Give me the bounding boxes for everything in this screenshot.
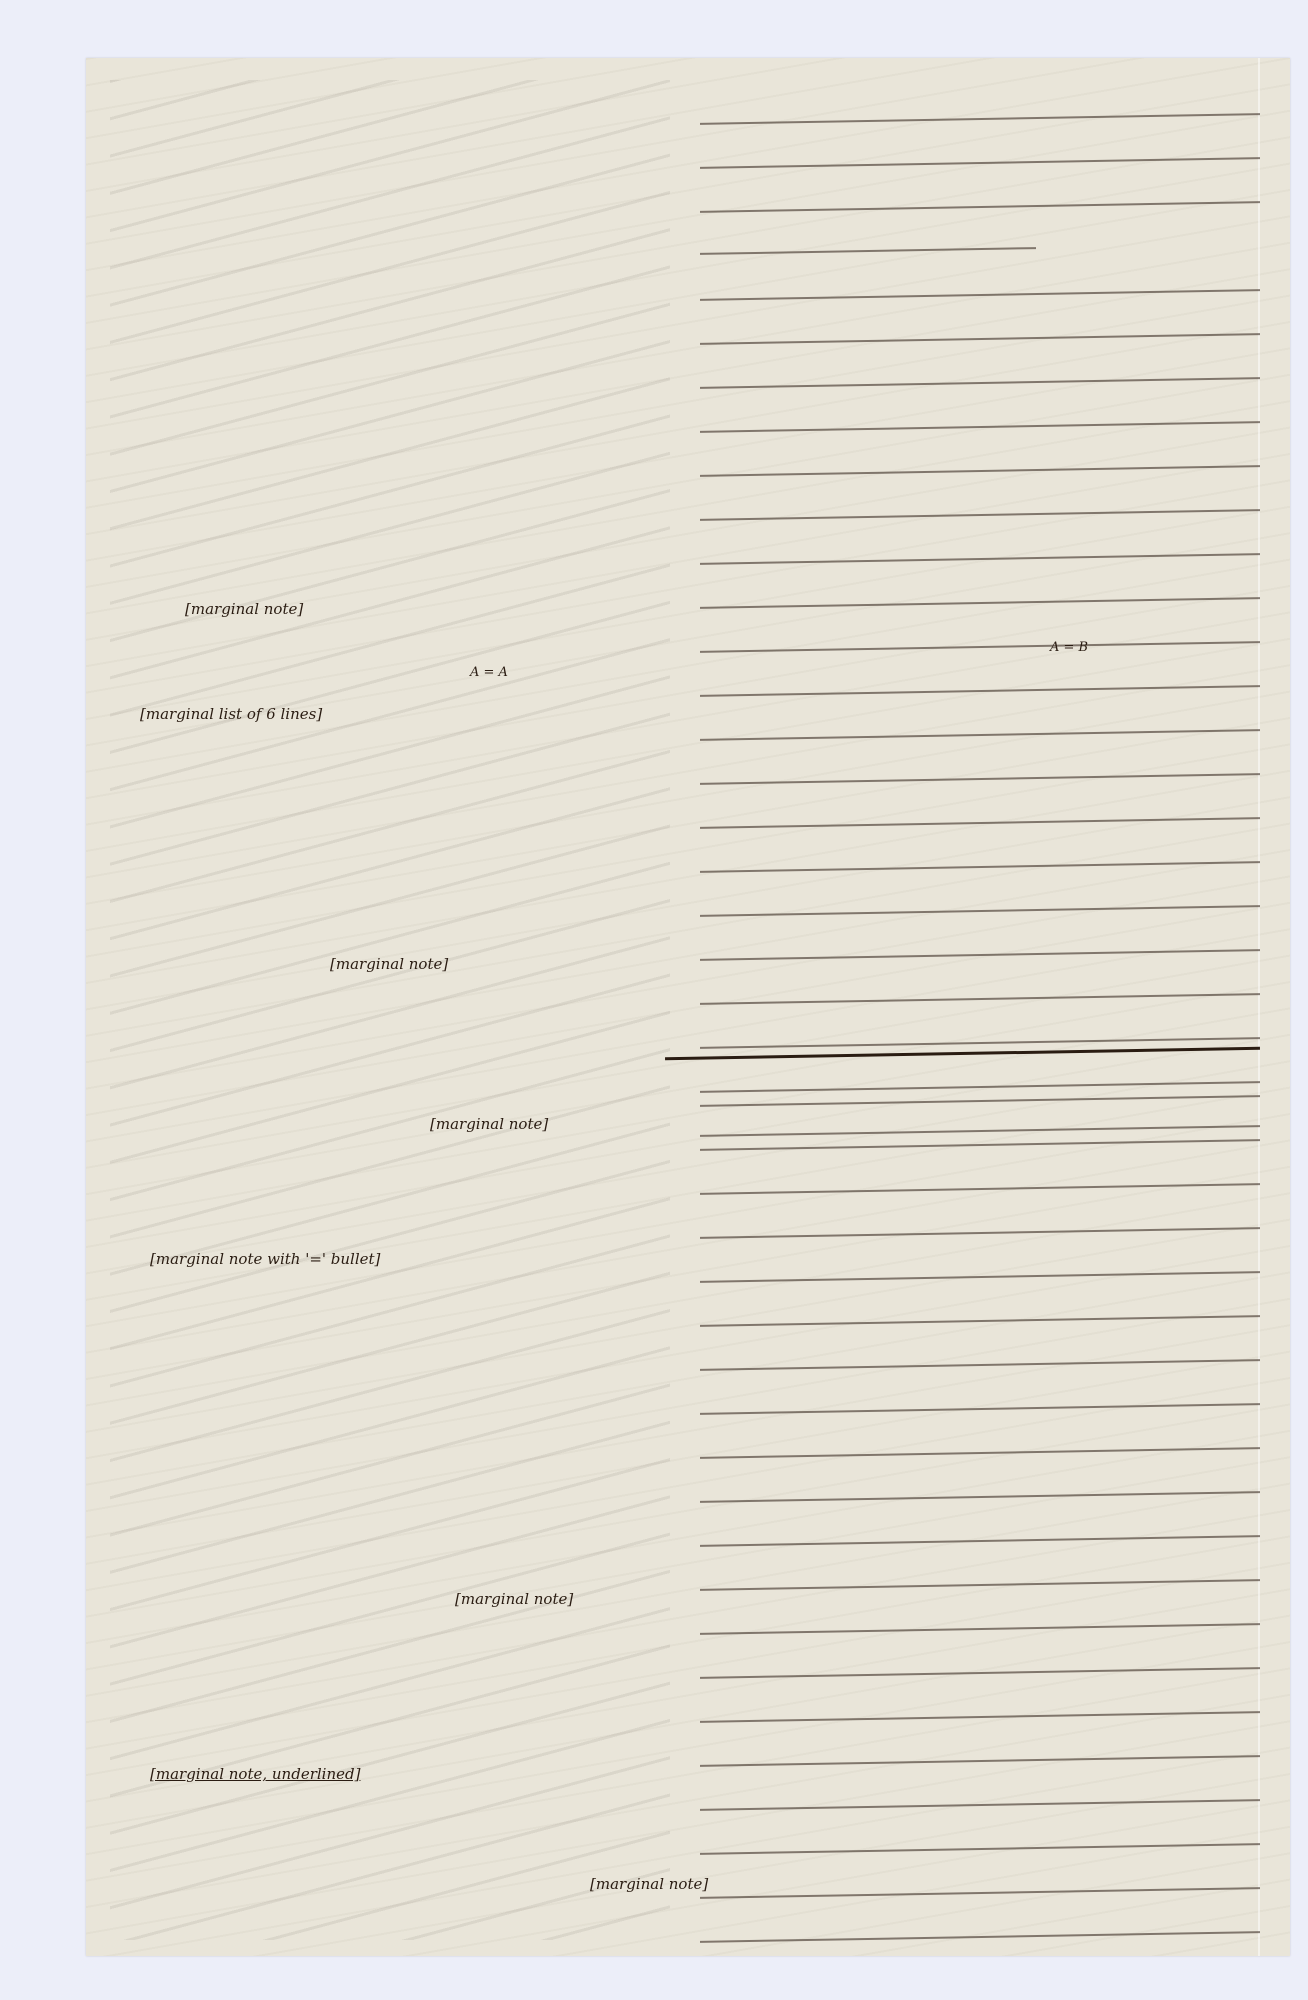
main-text-column	[700, 80, 1260, 1136]
margin-note: [marginal note, underlined]	[150, 1765, 360, 1783]
margin-note: [marginal list of 6 lines]	[140, 705, 322, 723]
formula-fragment: A = B	[1050, 640, 1088, 655]
formula-fragment: A = A	[470, 665, 508, 680]
margin-note: [marginal note]	[185, 600, 303, 618]
bleed-through-text	[110, 80, 670, 1940]
main-text-column-lower	[700, 1062, 1260, 1942]
margin-note: [marginal note]	[430, 1115, 548, 1133]
margin-note: [marginal note]	[590, 1875, 708, 1893]
margin-note: [marginal note]	[455, 1590, 573, 1608]
margin-note: [marginal note]	[330, 955, 448, 973]
margin-note: [marginal note with '=' bullet]	[150, 1250, 380, 1268]
